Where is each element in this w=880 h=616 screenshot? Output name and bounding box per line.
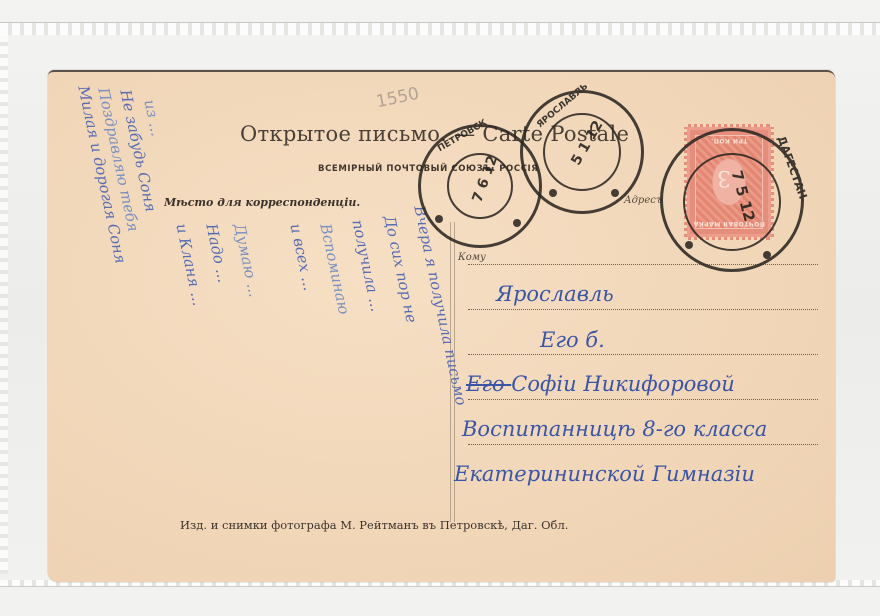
address-line [468,444,818,445]
address-honorific: Его б. [540,328,605,352]
address-line [468,309,818,310]
address-label: Адресъ [624,195,663,206]
message-line: Вспоминаю [316,222,353,316]
message-line: и Кланя ... [172,222,207,307]
message-line: из ... [140,98,165,138]
plastic-sleeve-left-edge [0,34,8,574]
address-line [468,264,818,265]
address-line [468,399,818,400]
address-recipient-class: Воспитанницѣ 8-го класса [462,417,767,441]
postmark-dagestan: 7 5 12 ДАГЕСТАН [660,128,804,272]
address-recipient-name: Его Софiи Никифоровой [466,372,735,396]
message-line: получила ... [348,218,385,313]
correspondence-label: Мѣсто для корреспонденцiи. [164,196,360,209]
message-line: и всех ... [286,222,318,292]
publisher-line: Изд. и снимки фотографа М. Рейтманъ въ П… [180,518,568,532]
address-line [468,354,818,355]
recipient-label: Кому [458,252,486,263]
scanned-page: 1550 Открытое письмо. — Carte Postale ВС… [0,0,880,616]
address-city: Ярославль [496,282,614,306]
plastic-sleeve-top-edge [0,22,880,35]
address-school: Екатерининской Гимназiи [454,462,755,486]
postcard: 1550 Открытое письмо. — Carte Postale ВС… [48,70,835,582]
message-line: Надо ... [202,222,232,284]
postmark-yaroslavl: 5 1 12 ЯРОСЛАВЛЬ [520,90,644,214]
message-line: Думаю ... [230,222,263,299]
struck-word: Его [466,372,511,396]
pencil-inventory-number: 1550 [374,84,420,113]
